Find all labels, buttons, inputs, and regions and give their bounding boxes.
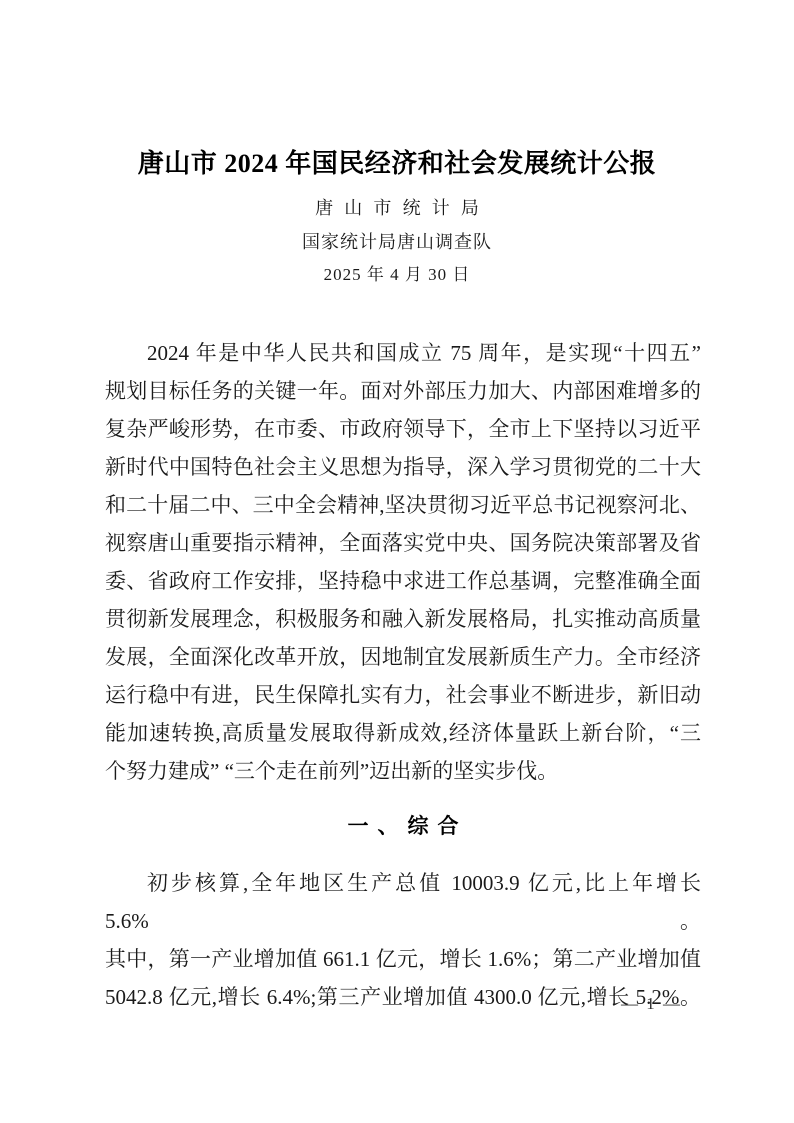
paragraph-line: 初步核算,全年地区生产总值 10003.9 亿元,比上年增长 5.6%。 [105, 864, 701, 940]
paragraph-line: 个努力建成” “三个走在前列”迈出新的坚实步伐。 [105, 752, 701, 790]
issuer-line-secondary: 国家统计局唐山调查队 [0, 231, 794, 253]
paragraph-line: 委、省政府工作安排，坚持稳中求进工作总基调，完整准确全面 [105, 562, 701, 600]
paragraph-line: 能加速转换,高质量发展取得新成效,经济体量跃上新台阶，“三 [105, 714, 701, 752]
issuer-line-primary: 唐山市统计局 [0, 197, 794, 219]
overview-paragraph: 初步核算,全年地区生产总值 10003.9 亿元,比上年增长 5.6%。 其中，… [105, 864, 701, 1016]
paragraph-line: 其中，第一产业增加值 661.1 亿元，增长 1.6%；第二产业增加值 [105, 940, 701, 978]
document-page: 唐山市 2024 年国民经济和社会发展统计公报 唐山市统计局 国家统计局唐山调查… [0, 0, 794, 1123]
paragraph-line: 规划目标任务的关键一年。面对外部压力加大、内部困难增多的 [105, 372, 701, 410]
document-title: 唐山市 2024 年国民经济和社会发展统计公报 [0, 146, 794, 182]
paragraph-line: 5042.8 亿元,增长 6.4%;第三产业增加值 4300.0 亿元,增长 5… [105, 978, 701, 1016]
publish-date: 2025 年 4 月 30 日 [0, 264, 794, 286]
paragraph-line: 2024 年是中华人民共和国成立 75 周年，是实现“十四五” [105, 334, 701, 372]
section-heading-overview: 一、综合 [105, 813, 701, 841]
paragraph-line: 贯彻新发展理念，积极服务和融入新发展格局，扎实推动高质量 [105, 600, 701, 638]
paragraph-line: 和二十届二中、三中全会精神,坚决贯彻习近平总书记视察河北、 [105, 486, 701, 524]
page-number: — 1 — [621, 993, 682, 1015]
paragraph-line: 新时代中国特色社会主义思想为指导，深入学习贯彻党的二十大 [105, 448, 701, 486]
paragraph-line: 复杂严峻形势，在市委、市政府领导下，全市上下坚持以习近平 [105, 410, 701, 448]
paragraph-line: 视察唐山重要指示精神，全面落实党中央、国务院决策部署及省 [105, 524, 701, 562]
intro-paragraph: 2024 年是中华人民共和国成立 75 周年，是实现“十四五” 规划目标任务的关… [105, 334, 701, 790]
paragraph-line: 运行稳中有进，民生保障扎实有力，社会事业不断进步，新旧动 [105, 676, 701, 714]
paragraph-line: 发展，全面深化改革开放，因地制宜发展新质生产力。全市经济 [105, 638, 701, 676]
document-body: 2024 年是中华人民共和国成立 75 周年，是实现“十四五” 规划目标任务的关… [105, 334, 701, 1016]
